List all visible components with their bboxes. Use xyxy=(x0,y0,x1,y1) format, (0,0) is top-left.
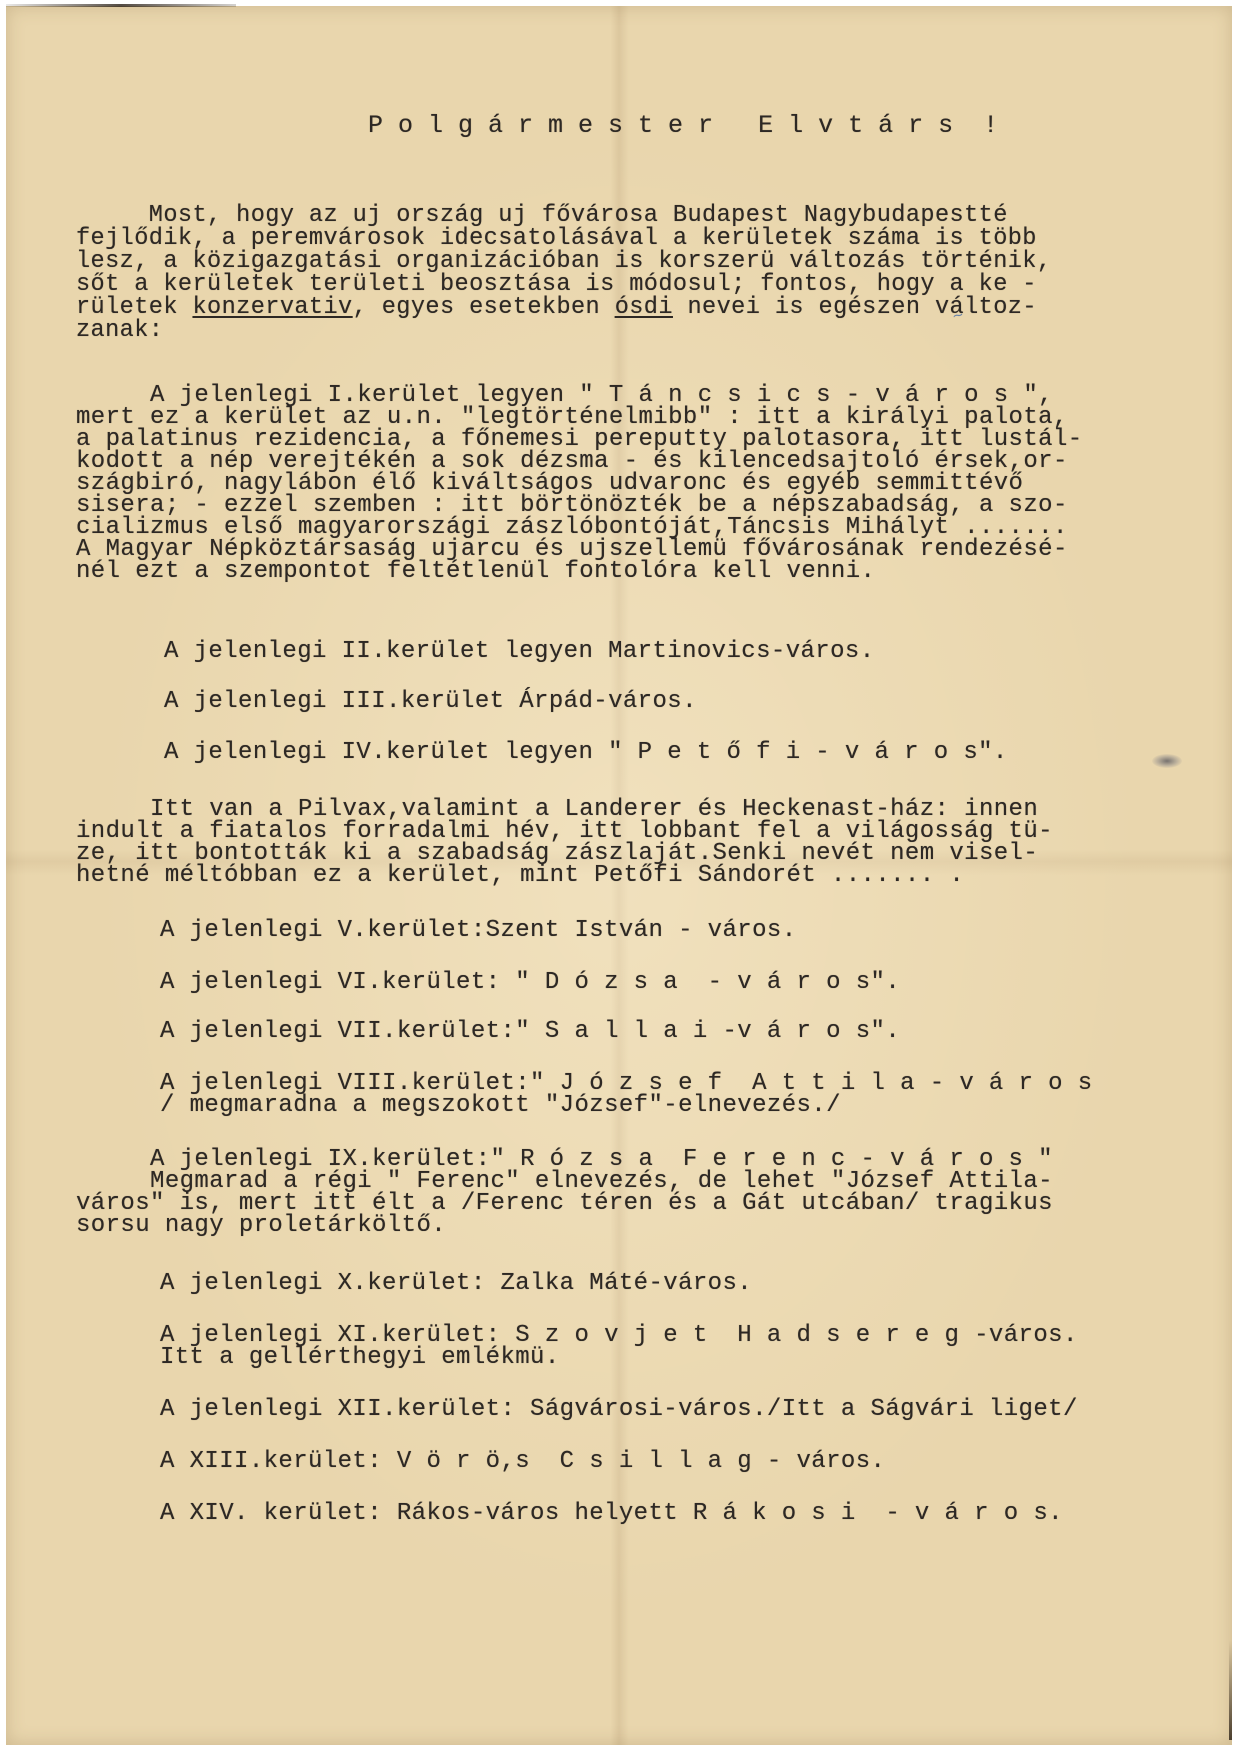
district-12-line: A jelenlegi XII.kerület: Ságvárosi-város… xyxy=(160,1398,1078,1422)
district-14-line: A XIV. kerület: Rákos-város helyett R á … xyxy=(160,1502,1063,1526)
district-10-line: A jelenlegi X.kerület: Zalka Máté-város. xyxy=(160,1272,752,1296)
district-1-line-9: nél ezt a szempontot feltétlenül fontoló… xyxy=(76,560,875,584)
paper-edge-shadow xyxy=(1229,1640,1232,1740)
letter-salutation: P o l g á r m e s t e r E l v t á r s ! xyxy=(368,114,998,138)
district-6-line: A jelenlegi VI.kerület: " D ó z s a - v … xyxy=(160,971,900,995)
district-13-line: A XIII.kerület: V ö r ö,s C s i l l a g … xyxy=(160,1450,885,1474)
intro-line-6: zanak: xyxy=(76,319,163,343)
district-2-line: A jelenlegi II.kerület legyen Martinovic… xyxy=(164,640,875,664)
underlined-word-osdi: ósdi xyxy=(615,294,673,321)
district-3-line: A jelenlegi III.kerület Árpád-város. xyxy=(164,690,697,714)
district-7-line: A jelenlegi VII.kerület:" S a l l a i -v… xyxy=(160,1020,900,1044)
district-8-line-2: / megmaradna a megszokott "József"-elnev… xyxy=(160,1094,841,1118)
underlined-word-konzervativ: konzervativ xyxy=(192,294,352,321)
district-4-line: A jelenlegi IV.kerület legyen " P e t ő … xyxy=(164,741,1008,765)
district-5-line: A jelenlegi V.kerület:Szent István - vár… xyxy=(160,919,797,943)
district-9-line-4: sorsu nagy proletárköltő. xyxy=(76,1214,446,1238)
ink-smudge xyxy=(1152,754,1182,768)
intro-line-5: rületek konzervativ, egyes esetekben ósd… xyxy=(76,296,1037,320)
intro-text: nevei is egészen változ- xyxy=(673,294,1037,321)
district-11-line-2: Itt a gellérthegyi emlékmü. xyxy=(160,1346,560,1370)
district-4-note-line-4: hetné méltóbban ez a kerület, mint Petőf… xyxy=(76,864,964,888)
intro-text: , egyes esetekben xyxy=(353,294,615,321)
paper-edge-shadow xyxy=(6,4,236,7)
